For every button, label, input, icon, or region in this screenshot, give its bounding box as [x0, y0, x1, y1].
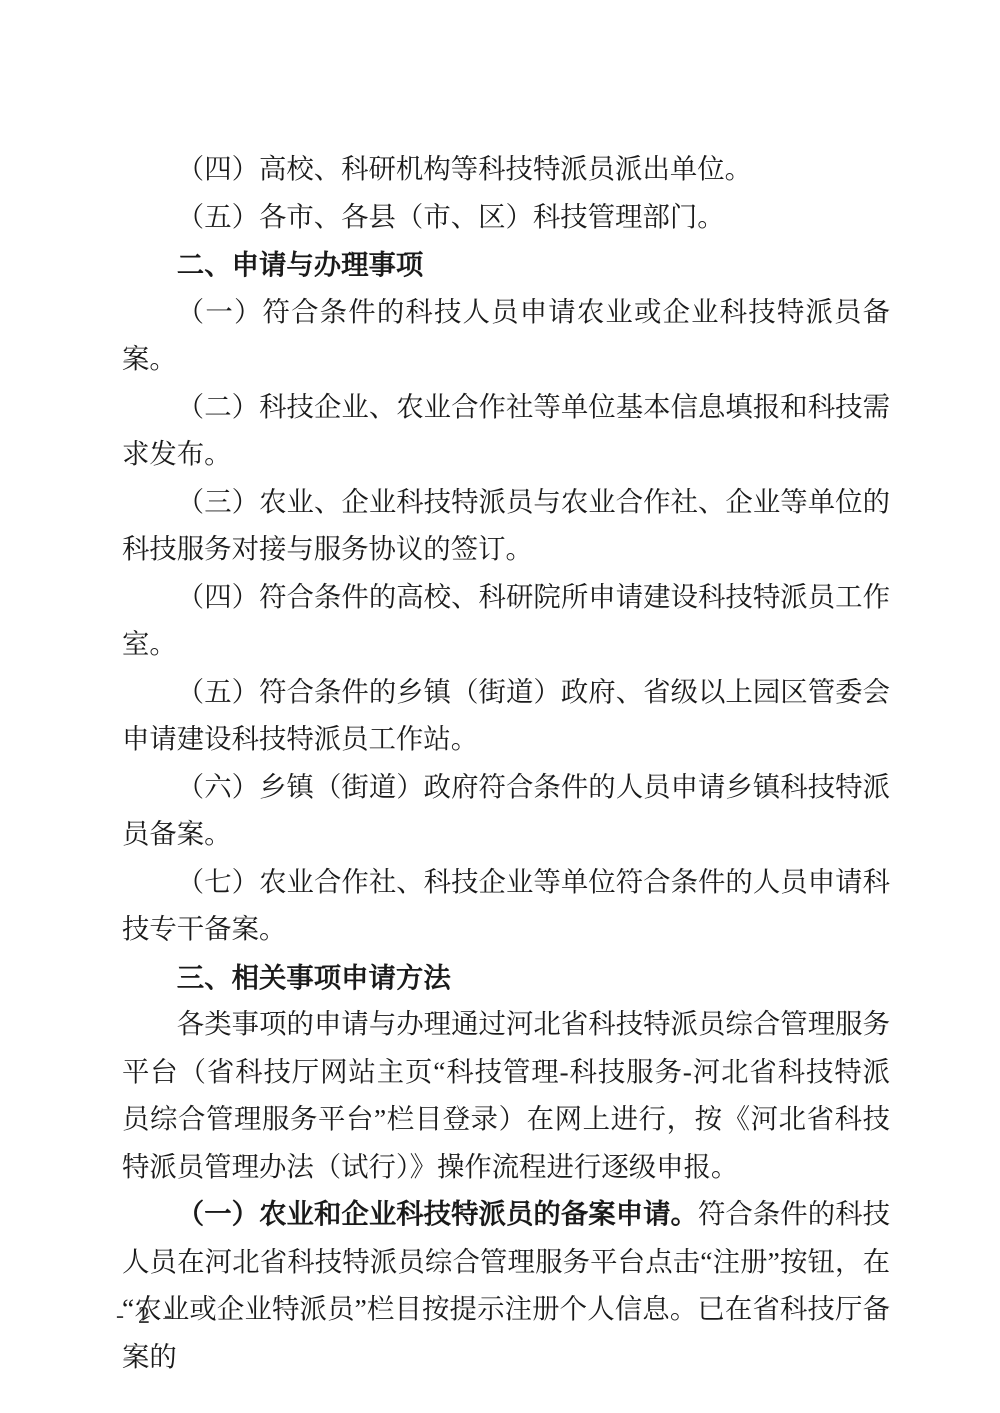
paragraph-matter-1-record-filing: （一）符合条件的科技人员申请农业或企业科技特派员备案。 — [122, 289, 890, 384]
paragraph-matter-6-township-record: （六）乡镇（街道）政府符合条件的人员申请乡镇科技特派员备案。 — [122, 764, 890, 859]
paragraph-matter-5-workstation-construction: （五）符合条件的乡镇（街道）政府、省级以上园区管委会申请建设科技特派员工作站。 — [122, 669, 890, 764]
paragraph-item-5-management-departments: （五）各市、各县（市、区）科技管理部门。 — [122, 194, 890, 242]
paragraph-platform-instructions: 各类事项的申请与办理通过河北省科技特派员综合管理服务平台（省科技厅网站主页“科技… — [122, 1001, 890, 1191]
section-heading-3-application-method: 三、相关事项申请方法 — [122, 954, 890, 1002]
document-body: （四）高校、科研机构等科技特派员派出单位。 （五）各市、各县（市、区）科技管理部… — [122, 146, 890, 1381]
paragraph-matter-3-service-agreement: （三）农业、企业科技特派员与农业合作社、企业等单位的科技服务对接与服务协议的签订… — [122, 479, 890, 574]
page-number: - 2 - — [116, 1303, 176, 1330]
paragraph-item-4-dispatch-units: （四）高校、科研机构等科技特派员派出单位。 — [122, 146, 890, 194]
paragraph-matter-2-basic-info: （二）科技企业、农业合作社等单位基本信息填报和科技需求发布。 — [122, 384, 890, 479]
paragraph-record-application-steps: （一）农业和企业科技特派员的备案申请。符合条件的科技人员在河北省科技特派员综合管… — [122, 1191, 890, 1381]
paragraph-lead-record-application: （一）农业和企业科技特派员的备案申请。 — [177, 1199, 698, 1229]
document-page: （四）高校、科研机构等科技特派员派出单位。 （五）各市、各县（市、区）科技管理部… — [0, 0, 1000, 1413]
paragraph-matter-4-studio-construction: （四）符合条件的高校、科研院所申请建设科技特派员工作室。 — [122, 574, 890, 669]
section-heading-2-application-matters: 二、申请与办理事项 — [122, 241, 890, 289]
paragraph-matter-7-special-staff-record: （七）农业合作社、科技企业等单位符合条件的人员申请科技专干备案。 — [122, 859, 890, 954]
